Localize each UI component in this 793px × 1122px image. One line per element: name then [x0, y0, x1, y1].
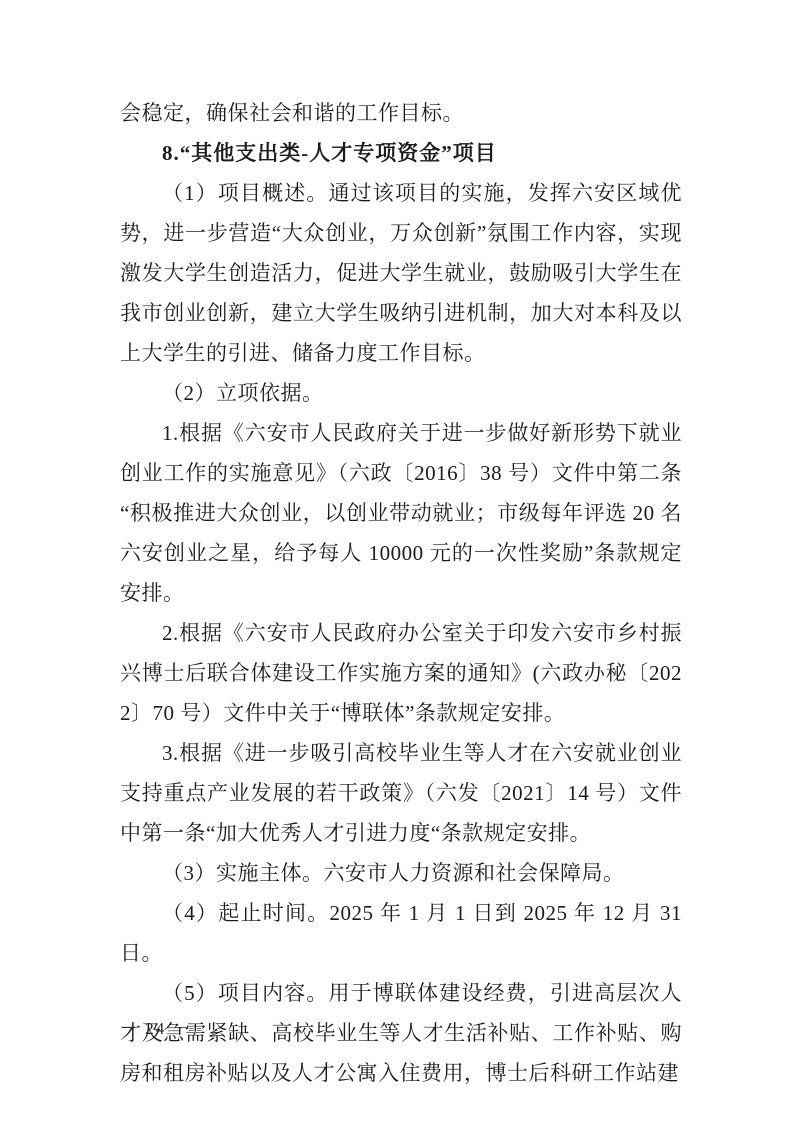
document-page: 会稳定，确保社会和谐的工作目标。 8.“其他支出类-人才专项资金”项目 （1）项… — [0, 0, 793, 1122]
page-number: － 24 － — [120, 1014, 192, 1039]
paragraph-project-overview: （1）项目概述。通过该项目的实施，发挥六安区域优势，进一步营造“大众创业，万众创… — [120, 173, 682, 373]
paragraph-approval-basis: （2）立项依据。 — [120, 373, 682, 413]
paragraph-project-content: （5）项目内容。用于博联体建设经费，引进高层次人才及急需紧缺、高校毕业生等人才生… — [120, 973, 682, 1093]
paragraph-basis-item-2: 2.根据《六安市人民政府办公室关于印发六安市乡村振兴博士后联合体建设工作实施方案… — [120, 613, 682, 733]
paragraph-basis-item-1: 1.根据《六安市人民政府关于进一步做好新形势下就业创业工作的实施意见》（六政〔2… — [120, 413, 682, 613]
section-heading: 8.“其他支出类-人才专项资金”项目 — [120, 133, 682, 173]
paragraph-time-period: （4）起止时间。2025 年 1 月 1 日到 2025 年 12 月 31 日… — [120, 893, 682, 973]
document-body: 会稳定，确保社会和谐的工作目标。 8.“其他支出类-人才专项资金”项目 （1）项… — [120, 93, 682, 1093]
paragraph-implementing-body: （3）实施主体。六安市人力资源和社会保障局。 — [120, 853, 682, 893]
paragraph-continuation: 会稳定，确保社会和谐的工作目标。 — [120, 93, 682, 133]
paragraph-basis-item-3: 3.根据《进一步吸引高校毕业生等人才在六安就业创业支持重点产业发展的若干政策》（… — [120, 733, 682, 853]
